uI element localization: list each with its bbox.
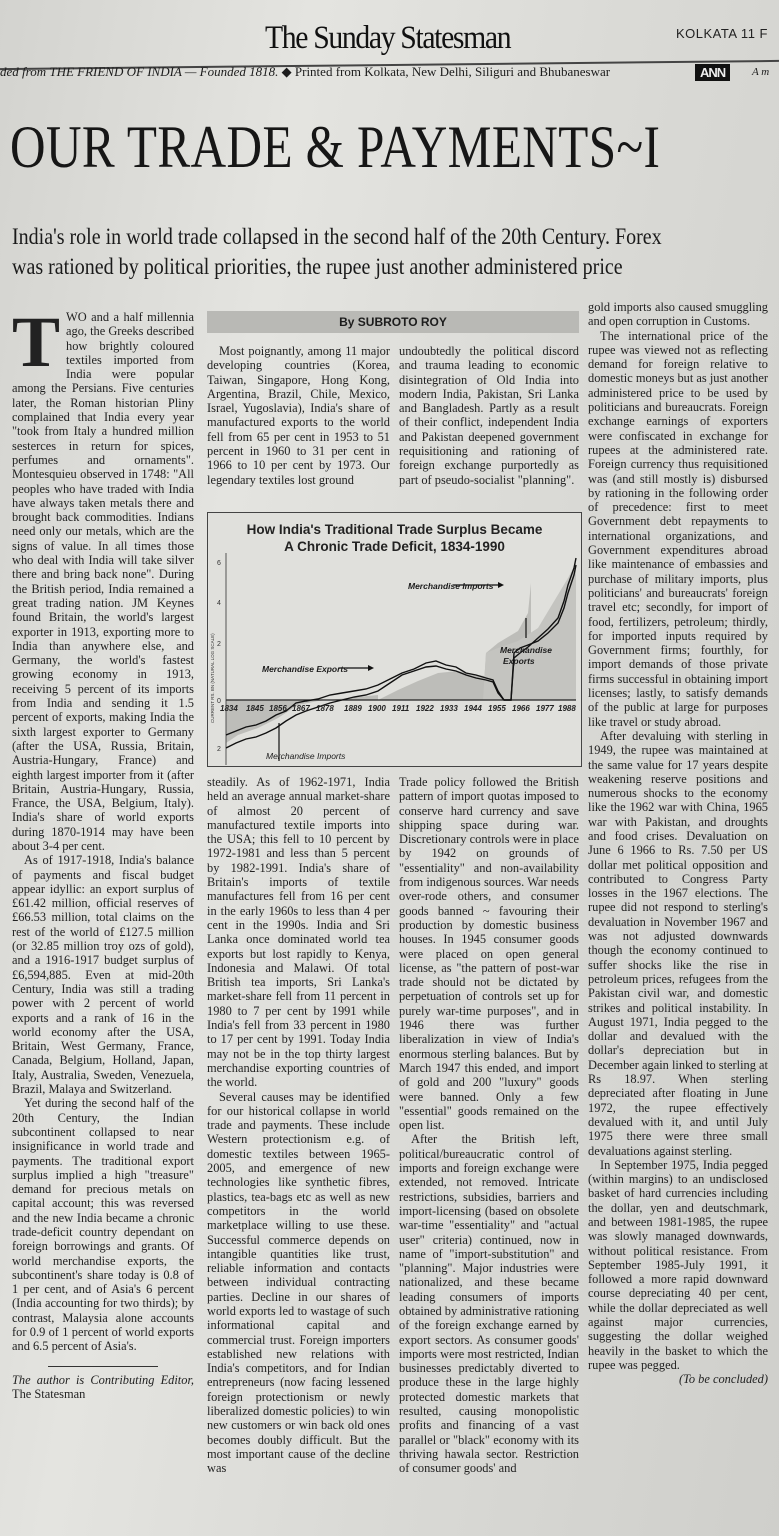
svg-text:1933: 1933 [440, 704, 458, 713]
column-1: TWO and a half millennia ago, the Greeks… [12, 310, 194, 1401]
label-exports-right: Merchandise Exports [500, 645, 552, 667]
svg-text:1955: 1955 [488, 704, 506, 713]
svg-text:1966: 1966 [512, 704, 530, 713]
svg-text:1834: 1834 [220, 704, 238, 713]
paragraph: undoubtedly the political discord and tr… [399, 344, 579, 487]
svg-text:1944: 1944 [464, 704, 482, 713]
y-tick-6: 6 [217, 560, 221, 567]
ann-tagline: A m [752, 66, 769, 78]
svg-text:1856: 1856 [269, 704, 287, 713]
column-3-top: undoubtedly the political discord and tr… [399, 344, 579, 487]
author-note-paper: The Statesman [12, 1387, 85, 1401]
label-exports-right-line-1: Merchandise [500, 645, 552, 656]
svg-text:1889: 1889 [344, 704, 362, 713]
subheader-line: ded from THE FRIEND OF INDIA — Founded 1… [0, 64, 779, 86]
byline: By SUBROTO ROY [207, 311, 579, 333]
edition-city-date: KOLKATA 11 F [676, 26, 768, 41]
divider [48, 1366, 158, 1367]
ann-logo: ANN [695, 64, 730, 81]
svg-text:CURRENT RS. BN (NATURAL LOG SC: CURRENT RS. BN (NATURAL LOG SCALE) [210, 633, 215, 723]
paragraph: The international price of the rupee was… [588, 329, 768, 729]
svg-text:2: 2 [217, 641, 221, 648]
column-4: gold imports also caused smuggling and o… [588, 300, 768, 1387]
dropcap: T [12, 313, 60, 371]
paragraph: After devaluing with sterling in 1949, t… [588, 729, 768, 1158]
column-2-top: Most poignantly, among 11 major developi… [207, 344, 390, 487]
svg-text:4: 4 [217, 600, 221, 607]
to-be-concluded: (To be concluded) [588, 1372, 768, 1386]
column-3-bottom: Trade policy followed the British patter… [399, 775, 579, 1476]
column-2-bottom: steadily. As of 1962-1971, India held an… [207, 775, 390, 1476]
trade-chart: How India's Traditional Trade Surplus Be… [207, 512, 582, 767]
newspaper-title: The Sunday Statesman [265, 20, 510, 57]
paragraph: Trade policy followed the British patter… [399, 775, 579, 1132]
paragraph: Yet during the second half of the 20th C… [12, 1096, 194, 1353]
paragraph: Most poignantly, among 11 major developi… [207, 344, 390, 487]
paragraph: gold imports also caused smuggling and o… [588, 300, 768, 329]
label-imports-right: Merchandise Imports [408, 581, 494, 591]
svg-text:1922: 1922 [416, 704, 434, 713]
svg-text:1988: 1988 [558, 704, 576, 713]
chart-plot: 6 4 2 0 2 CURRENT RS. BN (NATURAL LOG SC… [208, 513, 581, 766]
paragraph: Several causes may be identified for our… [207, 1090, 390, 1476]
paragraph: TWO and a half millennia ago, the Greeks… [12, 310, 194, 853]
svg-text:1867: 1867 [292, 704, 310, 713]
founded-note: ded from THE FRIEND OF INDIA — Founded 1… [0, 64, 278, 79]
label-exports-right-line-2: Exports [500, 656, 552, 667]
author-note: The author is Contributing Editor, The S… [12, 1373, 194, 1402]
masthead: The Sunday Statesman KOLKATA 11 F [0, 14, 779, 54]
paragraph: In September 1975, India pegged (within … [588, 1158, 768, 1372]
printed-from: ◆ Printed from Kolkata, New Delhi, Silig… [282, 64, 610, 79]
svg-text:1845: 1845 [246, 704, 264, 713]
label-exports-left: Merchandise Exports [262, 664, 348, 674]
svg-text:1977: 1977 [536, 704, 554, 713]
author-note-role: The author is Contributing Editor, [12, 1373, 194, 1387]
paragraph: After the British left, political/bureau… [399, 1132, 579, 1475]
label-imports-bottom: Merchandise Imports [266, 751, 345, 761]
paragraph: As of 1917-1918, India's balance of paym… [12, 853, 194, 1096]
svg-text:1878: 1878 [316, 704, 334, 713]
paragraph-text: WO and a half millennia ago, the Greeks … [12, 310, 194, 853]
article-headline: OUR TRADE & PAYMENTS~I [10, 112, 641, 182]
svg-text:1900: 1900 [368, 704, 386, 713]
article-deck: India's role in world trade collapsed in… [12, 222, 682, 282]
svg-text:1911: 1911 [392, 704, 410, 713]
svg-text:2: 2 [217, 746, 221, 753]
paragraph: steadily. As of 1962-1971, India held an… [207, 775, 390, 1090]
